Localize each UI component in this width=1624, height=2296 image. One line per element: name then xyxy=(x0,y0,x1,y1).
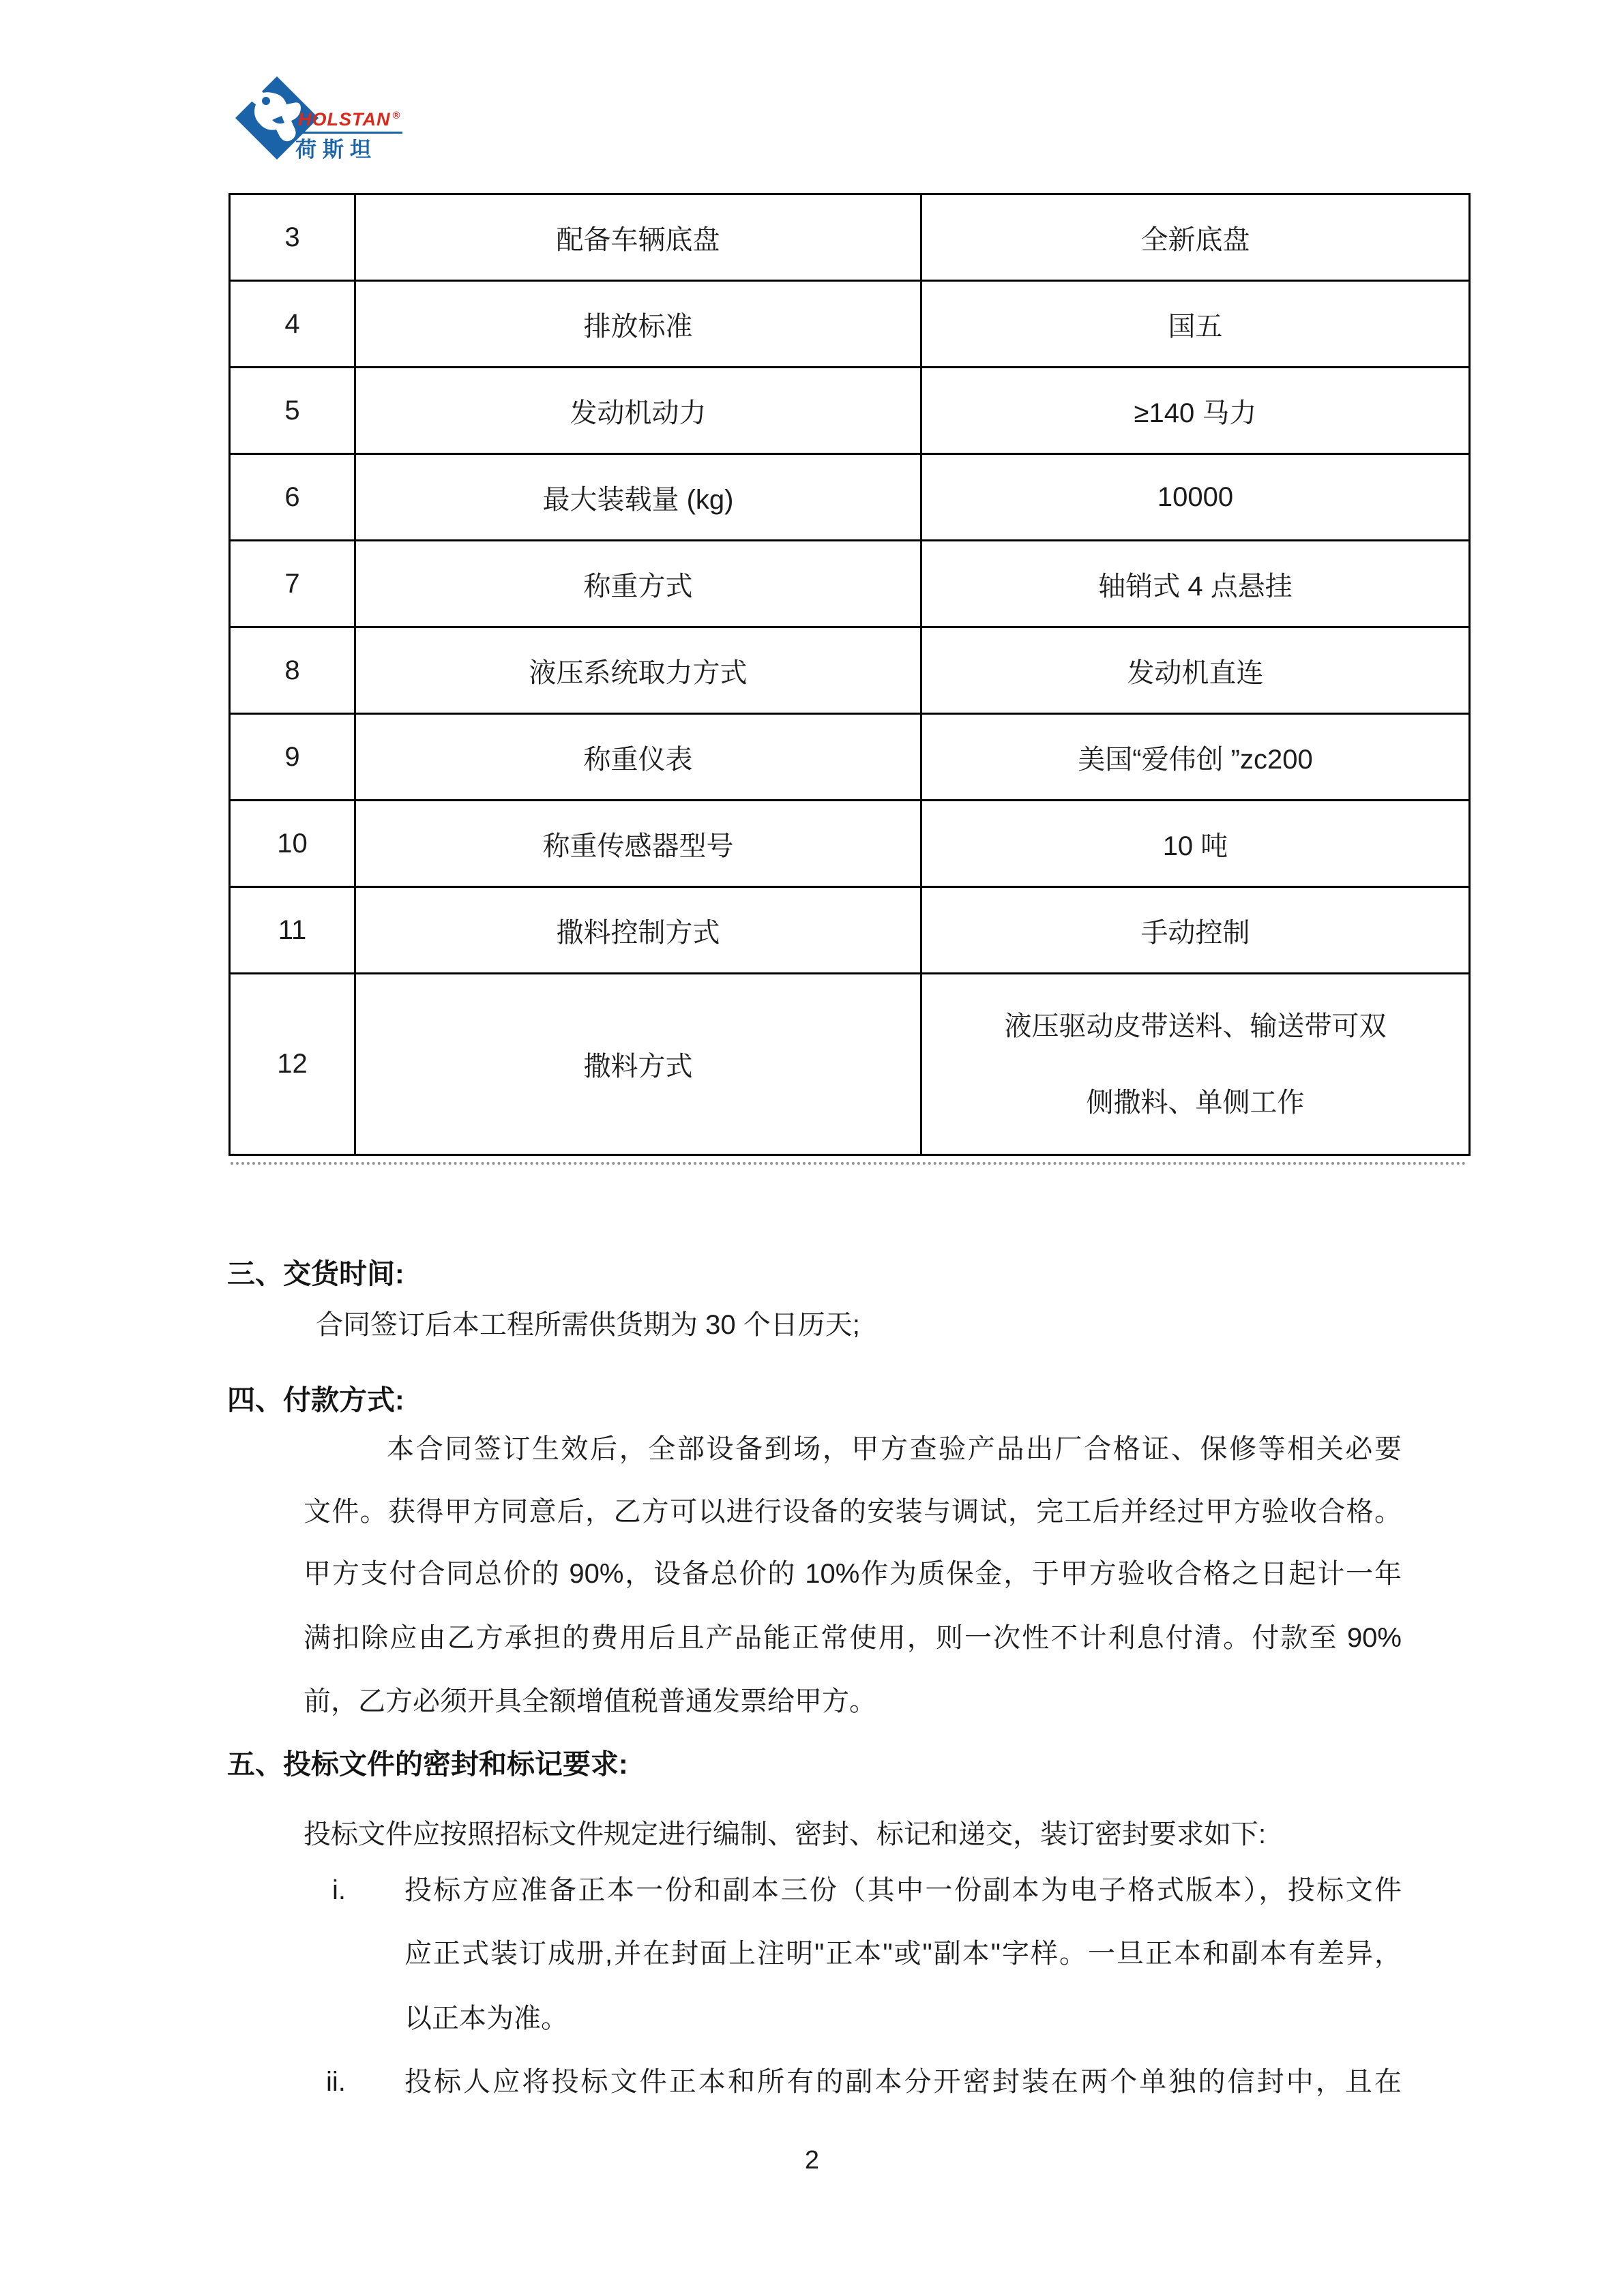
row-number-cell: 5 xyxy=(230,368,355,454)
list-item-ii-line: 投标人应将投标文件正本和所有的副本分开密封装在两个单独的信封中，且在 xyxy=(404,2065,1402,2099)
logo-brand-en: HOLSTAN xyxy=(298,109,391,130)
param-value-cell: 全新底盘 xyxy=(921,194,1470,281)
param-value-cell: 国五 xyxy=(921,281,1470,368)
param-value-cell: 发动机直连 xyxy=(921,627,1470,714)
param-name-cell: 称重传感器型号 xyxy=(355,801,921,887)
row-number-cell: 4 xyxy=(230,281,355,368)
list-item-marker-ii: ii. xyxy=(326,2065,346,2099)
param-name-cell: 最大装载量 (kg) xyxy=(355,454,921,541)
section-heading-payment: 四、付款方式: xyxy=(227,1383,404,1417)
logo-wordmark: HOLSTAN® xyxy=(297,109,402,134)
list-item-i-line: 应正式装订成册,并在封面上注明"正本"或"副本"字样。一旦正本和副本有差异， xyxy=(404,1937,1402,1971)
sealing-intro-text: 投标文件应按照招标文件规定进行编制、密封、标记和递交，装订密封要求如下: xyxy=(304,1817,1266,1851)
payment-line: 本合同签订生效后，全部设备到场，甲方查验产品出厂合格证、保修等相关必要 xyxy=(387,1432,1402,1466)
table-row: 9称重仪表美国“爱伟创 ”zc200 xyxy=(230,714,1470,801)
page-number: 2 xyxy=(0,2146,1624,2175)
param-value-cell: 手动控制 xyxy=(921,887,1470,974)
row-number-cell: 11 xyxy=(230,887,355,974)
list-item-marker-i: i. xyxy=(332,1873,346,1907)
table-bottom-scan-artifact xyxy=(231,1162,1466,1165)
param-value-cell: 10000 xyxy=(921,454,1470,541)
list-item-i-line: 投标方应准备正本一份和副本三份（其中一份副本为电子格式版本），投标文件 xyxy=(404,1873,1402,1907)
param-name-cell: 撒料控制方式 xyxy=(355,887,921,974)
param-name-cell: 称重方式 xyxy=(355,541,921,627)
spec-table-body: 3配备车辆底盘全新底盘4排放标准国五5发动机动力≥140 马力6最大装载量 (k… xyxy=(230,194,1470,1155)
payment-line: 前，乙方必须开具全额增值税普通发票给甲方。 xyxy=(304,1684,876,1718)
delivery-body-text: 合同签订后本工程所需供货期为 30 个日历天; xyxy=(316,1308,860,1342)
param-name-cell: 排放标准 xyxy=(355,281,921,368)
param-value-cell: 10 吨 xyxy=(921,801,1470,887)
logo-brand-cn: 荷斯坦 xyxy=(295,132,377,163)
param-value-cell: ≥140 马力 xyxy=(921,368,1470,454)
table-row: 8液压系统取力方式发动机直连 xyxy=(230,627,1470,714)
document-page: HOLSTAN® 荷斯坦 3配备车辆底盘全新底盘4排放标准国五5发动机动力≥14… xyxy=(0,0,1624,2296)
table-row: 7称重方式轴销式 4 点悬挂 xyxy=(230,541,1470,627)
param-name-cell: 撒料方式 xyxy=(355,974,921,1155)
section-heading-delivery: 三、交货时间: xyxy=(227,1257,404,1291)
row-number-cell: 6 xyxy=(230,454,355,541)
row-number-cell: 12 xyxy=(230,974,355,1155)
section-heading-sealing: 五、投标文件的密封和标记要求: xyxy=(227,1747,628,1781)
row-number-cell: 7 xyxy=(230,541,355,627)
table-row: 6最大装载量 (kg)10000 xyxy=(230,454,1470,541)
payment-line: 甲方支付合同总价的 90%，设备总价的 10%作为质保金，于甲方验收合格之日起计… xyxy=(304,1557,1402,1591)
row-number-cell: 9 xyxy=(230,714,355,801)
table-row: 12撒料方式液压驱动皮带送料、输送带可双 侧撒料、单侧工作 xyxy=(230,974,1470,1155)
table-row: 4排放标准国五 xyxy=(230,281,1470,368)
payment-line: 满扣除应由乙方承担的费用后且产品能正常使用，则一次性不计利息付清。付款至 90% xyxy=(304,1621,1402,1655)
param-name-cell: 液压系统取力方式 xyxy=(355,627,921,714)
registered-trademark-icon: ® xyxy=(393,110,401,121)
param-name-cell: 发动机动力 xyxy=(355,368,921,454)
table-row: 10称重传感器型号10 吨 xyxy=(230,801,1470,887)
table-row: 3配备车辆底盘全新底盘 xyxy=(230,194,1470,281)
param-name-cell: 配备车辆底盘 xyxy=(355,194,921,281)
row-number-cell: 3 xyxy=(230,194,355,281)
param-value-cell: 美国“爱伟创 ”zc200 xyxy=(921,714,1470,801)
table-row: 11撒料控制方式手动控制 xyxy=(230,887,1470,974)
param-value-cell: 液压驱动皮带送料、输送带可双 侧撒料、单侧工作 xyxy=(921,974,1470,1155)
table-row: 5发动机动力≥140 马力 xyxy=(230,368,1470,454)
list-item-i-line: 以正本为准。 xyxy=(404,2001,568,2036)
payment-line: 文件。获得甲方同意后，乙方可以进行设备的安装与调试，完工后并经过甲方验收合格。 xyxy=(304,1495,1402,1529)
row-number-cell: 10 xyxy=(230,801,355,887)
param-name-cell: 称重仪表 xyxy=(355,714,921,801)
row-number-cell: 8 xyxy=(230,627,355,714)
spec-table: 3配备车辆底盘全新底盘4排放标准国五5发动机动力≥140 马力6最大装载量 (k… xyxy=(228,193,1471,1156)
company-logo: HOLSTAN® 荷斯坦 xyxy=(234,63,398,165)
param-value-cell: 轴销式 4 点悬挂 xyxy=(921,541,1470,627)
